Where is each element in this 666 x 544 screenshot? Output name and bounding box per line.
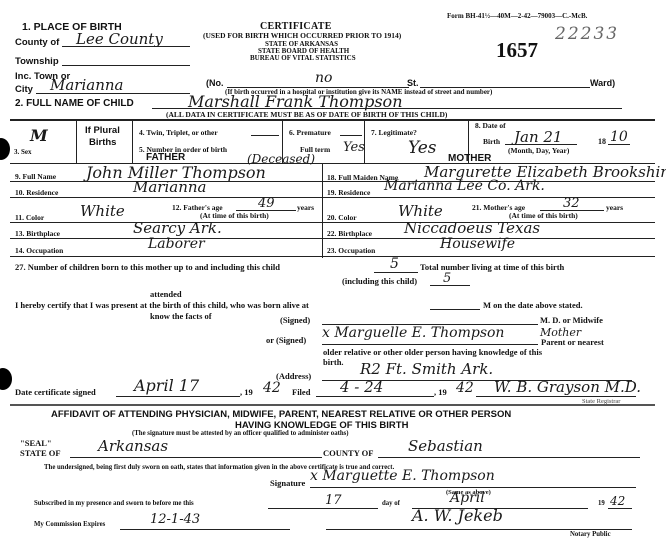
father-age-value: 49 xyxy=(258,196,275,211)
city-value: Marianna xyxy=(50,76,123,94)
father-occupation-value: Laborer xyxy=(148,236,205,252)
mother-color-label: 20. Color xyxy=(327,213,357,222)
father-color-label: 11. Color xyxy=(15,213,44,222)
st-label: St. xyxy=(407,78,419,88)
dob-note: (Month, Day, Year) xyxy=(508,146,569,155)
signed-year-prefix: , 19 xyxy=(240,387,253,397)
notary-signature: A. W. Jekeb xyxy=(412,506,503,525)
county-of-label: COUNTY OF xyxy=(323,448,373,458)
handwritten-number: 22233 xyxy=(555,24,619,44)
child-name-label: 2. FULL NAME OF CHILD xyxy=(15,98,134,109)
filed-year-value: 42 xyxy=(456,380,474,396)
city-label: City xyxy=(15,84,33,95)
filed-year-prefix: , 19 xyxy=(434,387,447,397)
parent-label: Parent or nearest xyxy=(541,337,604,347)
day-of-label: day of xyxy=(382,500,400,507)
living-label: Total number living at time of this birt… xyxy=(420,262,564,272)
address-label: (Address) xyxy=(276,371,311,381)
md-midwife-label: M. D. or Midwife xyxy=(540,315,603,325)
bureau-line: BUREAU OF VITAL STATISTICS xyxy=(250,54,356,62)
filed-label: Filed xyxy=(292,387,310,397)
mother-residence-value: Marianna Lee Co. Ark. xyxy=(384,178,545,194)
children-living-value: 5 xyxy=(443,271,451,286)
affidavit-county-value: Sebastian xyxy=(408,437,483,455)
certificate-number: 1657 xyxy=(496,38,538,63)
county-value: Lee County xyxy=(76,30,163,48)
affidavit-heading: AFFIDAVIT OF ATTENDING PHYSICIAN, MIDWIF… xyxy=(51,409,511,420)
address-value: R2 Ft. Smith Ark. xyxy=(360,360,493,378)
date-signed-label: Date certificate signed xyxy=(15,387,96,397)
affidavit-signature: x Marguette E. Thompson xyxy=(310,468,495,484)
attended-option: attended xyxy=(150,289,182,299)
mother-birthplace-value: Niccadoeus Texas xyxy=(404,219,540,237)
father-heading: FATHER xyxy=(146,152,185,163)
child-name-value: Marshall Frank Thompson xyxy=(188,92,403,111)
mother-age-value: 32 xyxy=(563,196,580,211)
living-label-2: (including this child) xyxy=(342,276,417,286)
informant-signature: x Marguelle E. Thompson xyxy=(322,325,504,341)
certify-text: I hereby certify that I was present at t… xyxy=(15,300,309,310)
date-signed-value: April 17 xyxy=(134,376,199,395)
no-label: (No. xyxy=(206,78,224,88)
fullterm-value: Yes xyxy=(343,140,365,155)
punch-hole-mark xyxy=(0,368,12,390)
subscribed-day-value: 17 xyxy=(325,493,342,508)
ward-label: Ward) xyxy=(590,78,615,88)
punch-hole-mark xyxy=(0,138,10,160)
affidavit-state-value: Arkansas xyxy=(98,437,168,455)
mother-birthplace-label: 22. Birthplace xyxy=(327,229,372,238)
children-born-value: 5 xyxy=(390,256,399,272)
mother-color-value: White xyxy=(398,202,443,220)
filed-value: 4 - 24 xyxy=(340,378,383,396)
father-name-label: 9. Full Name xyxy=(15,172,56,181)
father-age-unit: years xyxy=(297,203,314,212)
relative-note: older relative or other older person hav… xyxy=(323,347,542,357)
know-facts-option: know the facts of xyxy=(150,311,212,321)
subscribed-year-prefix: 19 xyxy=(598,500,605,507)
sex-value: M xyxy=(30,126,48,145)
plural-label-2: Births xyxy=(89,137,116,148)
certificate-subtitle: (USED FOR BIRTH WHICH OCCURRED PRIOR TO … xyxy=(203,31,401,40)
signed-label: (Signed) xyxy=(280,315,310,325)
father-residence-value: Marianna xyxy=(133,178,206,196)
relative-note-2: birth. xyxy=(323,357,344,367)
father-birthplace-value: Searcy Ark. xyxy=(133,219,222,237)
commission-value: 12-1-43 xyxy=(150,512,200,527)
data-note: (ALL DATA IN CERTIFICATE MUST BE AS OF D… xyxy=(166,110,447,119)
legitimate-value: Yes xyxy=(408,138,437,158)
or-signed-label: or (Signed) xyxy=(266,335,306,345)
time-suffix: M on the date above stated. xyxy=(483,300,583,310)
state-of-label: STATE OF xyxy=(20,448,61,458)
subscribed-month-value: April xyxy=(450,490,485,506)
premature-label: 6. Premature xyxy=(289,128,331,137)
children-count-label: 27. Number of children born to this moth… xyxy=(15,262,280,272)
dob-value: Jan 21 xyxy=(514,128,562,146)
sex-label: 3. Sex xyxy=(14,148,32,156)
subscribed-year-value: 42 xyxy=(610,494,625,508)
legitimate-label: 7. Legitimate? xyxy=(371,128,417,137)
dob-label: 8. Date of xyxy=(475,121,506,130)
father-residence-label: 10. Residence xyxy=(15,188,58,197)
father-color-value: White xyxy=(80,202,125,220)
registrar-signature: W. B. Grayson M.D. xyxy=(494,378,641,396)
commission-label: My Commission Expires xyxy=(34,521,105,528)
father-birthplace-label: 13. Birthplace xyxy=(15,229,60,238)
subscribed-label: Subscribed in my presence and sworn to b… xyxy=(34,500,194,507)
dob-year-prefix: 18 xyxy=(598,137,606,146)
township-label: Township xyxy=(15,56,59,67)
mother-occupation-label: 23. Occupation xyxy=(327,246,375,255)
mother-occupation-value: Housewife xyxy=(440,236,515,252)
seal-label: "SEAL" xyxy=(20,438,52,448)
mother-age-unit: years xyxy=(606,203,623,212)
dob-year-value: 10 xyxy=(610,129,628,145)
plural-label: If Plural xyxy=(85,125,120,136)
father-occupation-label: 14. Occupation xyxy=(15,246,63,255)
signed-year-value: 42 xyxy=(263,380,281,396)
attestation-note: (The signature must be attested by an of… xyxy=(132,430,349,437)
county-label: County of xyxy=(15,37,59,48)
mother-residence-label: 19. Residence xyxy=(327,188,370,197)
dob-label-birth: Birth xyxy=(483,137,500,146)
twin-label: 4. Twin, Triplet, or other xyxy=(139,128,218,137)
notary-public-label: Notary Public xyxy=(570,531,611,538)
signature-label: Signature xyxy=(270,478,305,488)
form-id: Form BH-41½—40M—2-42—79003—C.-McB. xyxy=(447,12,587,20)
street-number-value: no xyxy=(315,70,332,86)
